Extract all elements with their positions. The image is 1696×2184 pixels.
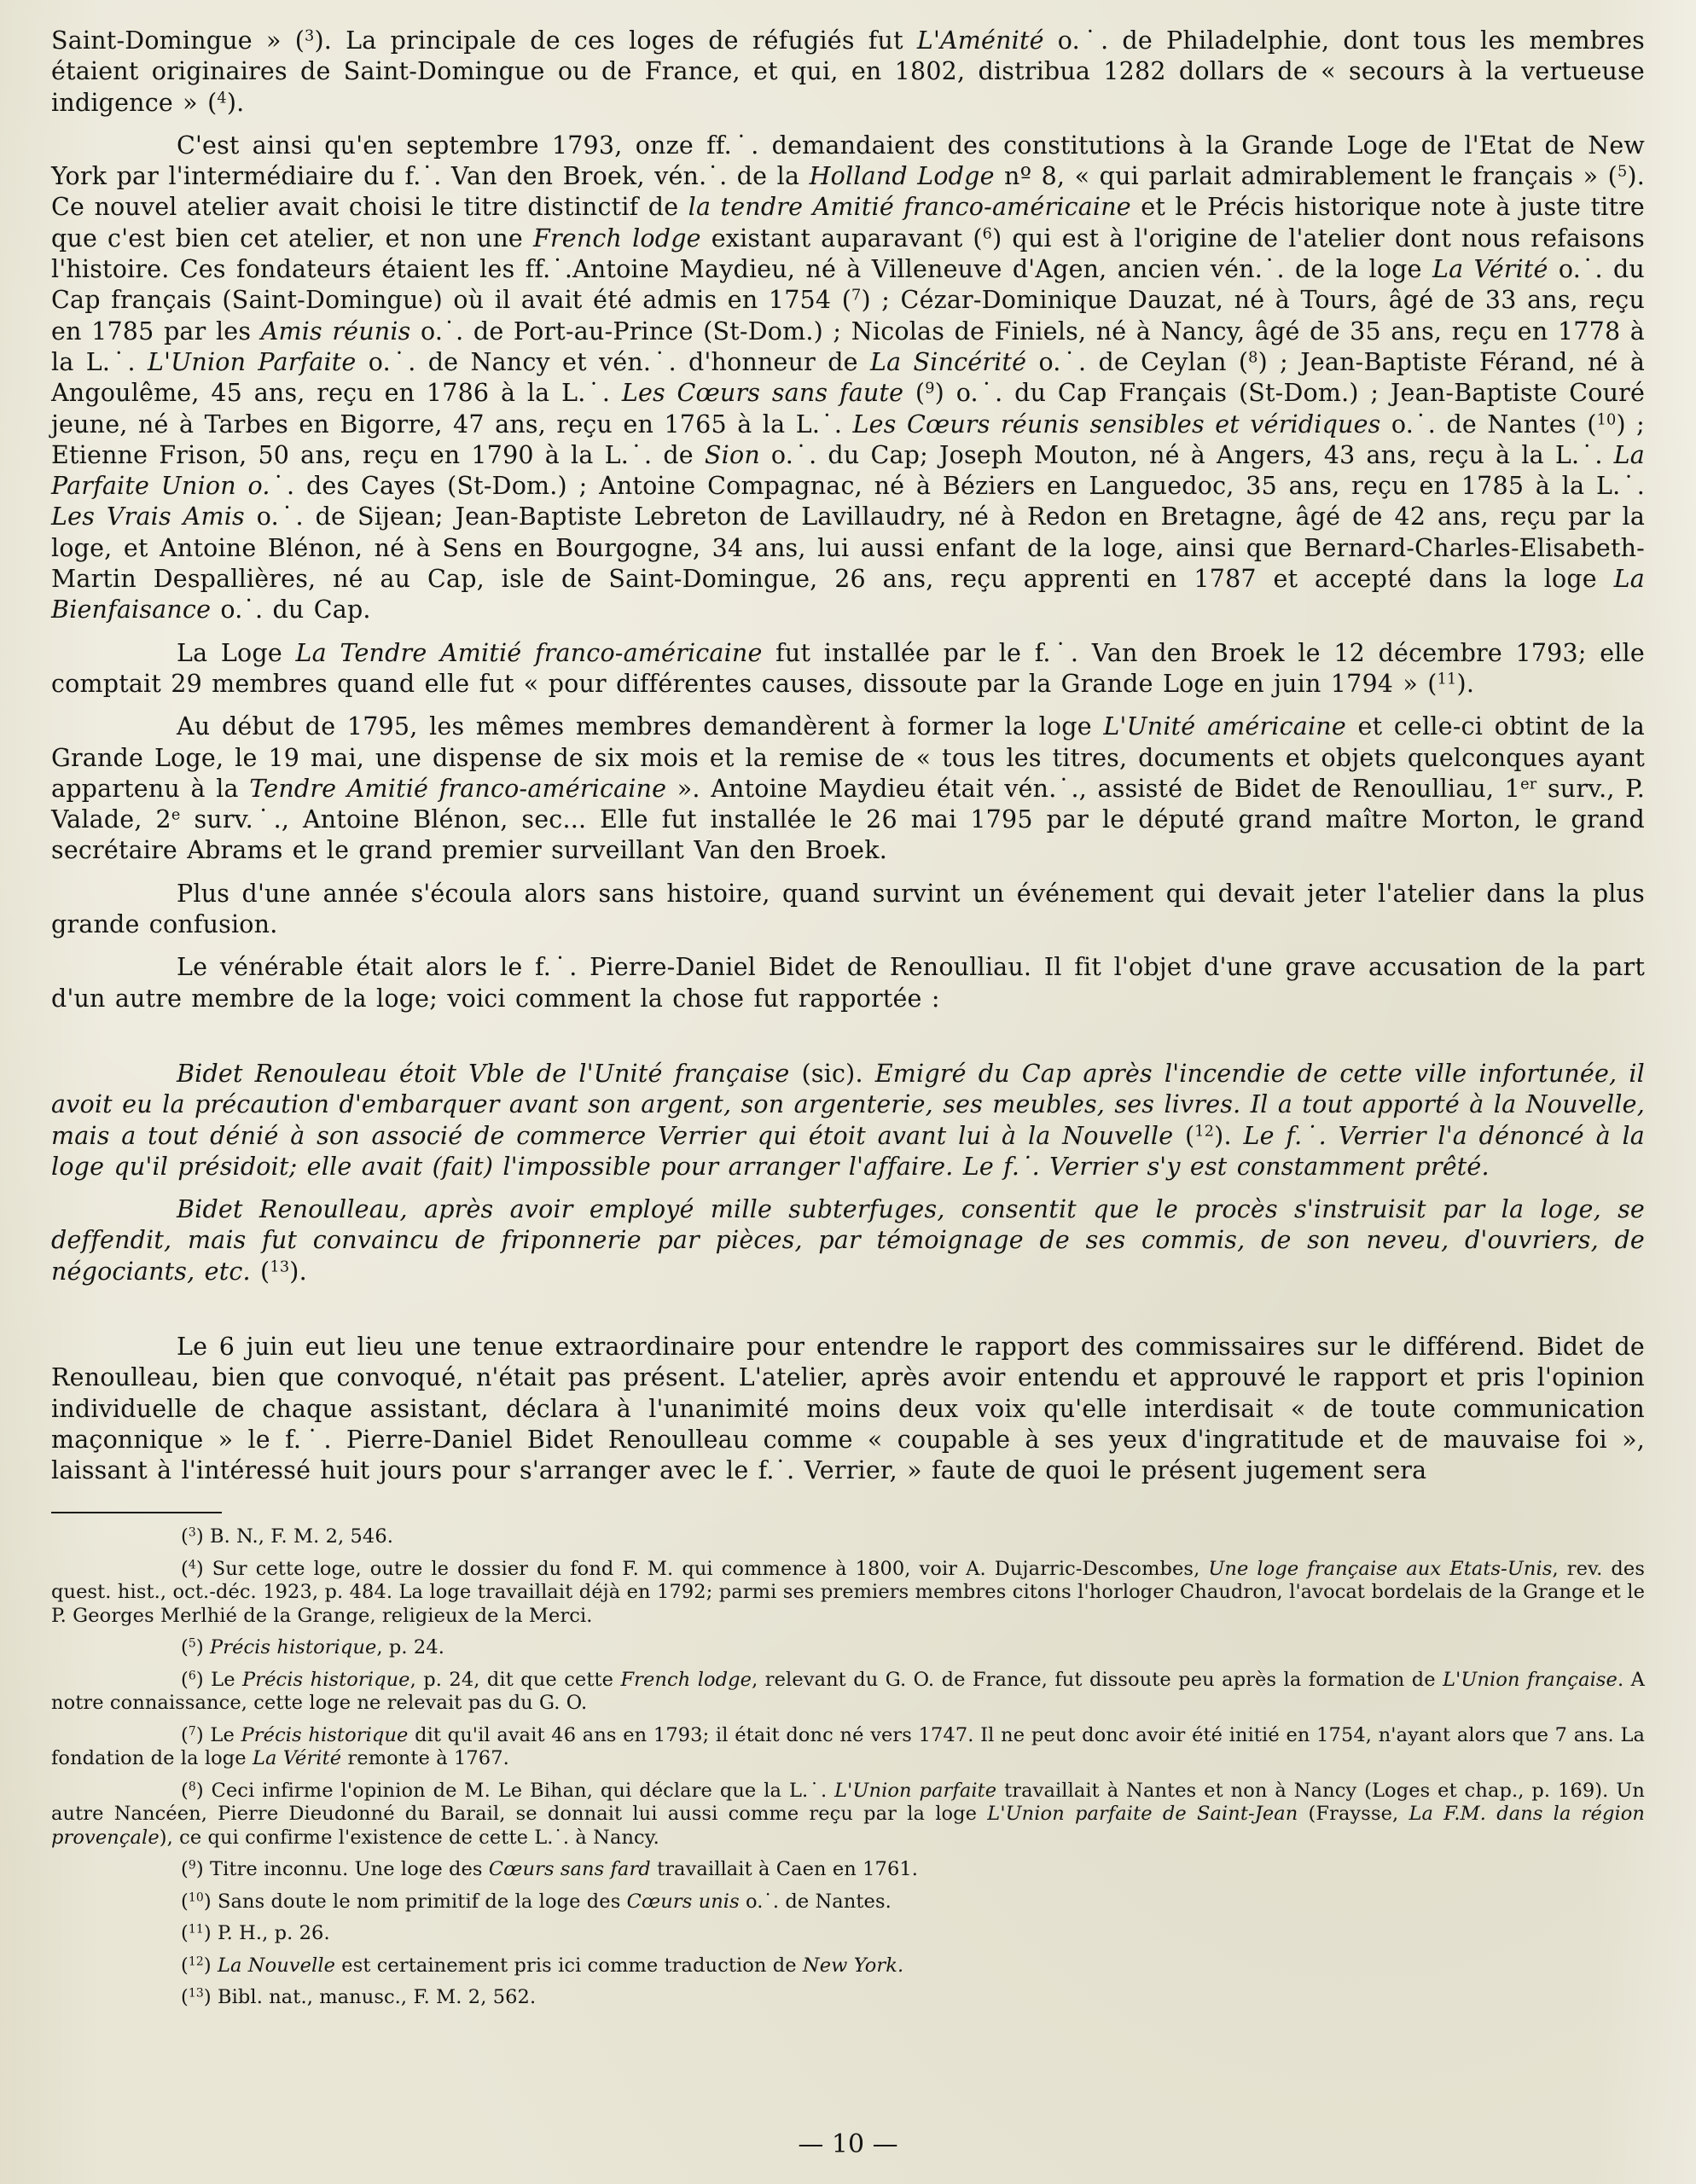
paragraph-confusion: Plus d'une année s'écoula alors sans his… (51, 879, 1645, 941)
footnote-number: (7) (181, 1724, 210, 1746)
footnote-number: (12) (181, 1955, 218, 1977)
footnote-6: (6) Le Précis historique, p. 24, dit que… (51, 1669, 1645, 1716)
body-text: Saint-Domingue » (3). La principale de c… (51, 26, 1645, 1486)
footnote-13: (13) Bibl. nat., manusc., F. M. 2, 562. (51, 1986, 1645, 2010)
footnote-number: (9) (181, 1858, 210, 1880)
paragraph-continuation: Saint-Domingue » (3). La principale de c… (51, 26, 1645, 119)
footnote-11: (11) P. H., p. 26. (51, 1922, 1645, 1946)
footnote-7: (7) Le Précis historique dit qu'il avait… (51, 1724, 1645, 1771)
footnote-separator (51, 1512, 222, 1513)
footnote-number: (8) (181, 1780, 212, 1802)
paragraph-installation: La Loge La Tendre Amitié franco-américai… (51, 638, 1645, 700)
footnote-3: (3) B. N., F. M. 2, 546. (51, 1525, 1645, 1549)
footnote-number: (11) (181, 1922, 218, 1944)
quoted-report: Bidet Renouleau étoit Vble de l'Unité fr… (51, 1059, 1645, 1287)
footnote-5: (5) Précis historique, p. 24. (51, 1636, 1645, 1660)
footnote-4: (4) Sur cette loge, outre le dossier du … (51, 1558, 1645, 1629)
quote-paragraph-1: Bidet Renouleau étoit Vble de l'Unité fr… (51, 1059, 1645, 1182)
quote-paragraph-2: Bidet Renoulleau, après avoir employé mi… (51, 1194, 1645, 1287)
footnote-12: (12) La Nouvelle est certainement pris i… (51, 1955, 1645, 1978)
document-page: Saint-Domingue » (3). La principale de c… (51, 26, 1645, 2018)
footnote-8: (8) Ceci infirme l'opinion de M. Le Biha… (51, 1780, 1645, 1850)
footnote-number: (10) (181, 1891, 218, 1913)
footnote-number: (6) (181, 1669, 211, 1691)
paragraph-unite-americaine: Au début de 1795, les mêmes membres dema… (51, 712, 1645, 866)
footnote-9: (9) Titre inconnu. Une loge des Cœurs sa… (51, 1858, 1645, 1882)
paragraph-accusation: Le vénérable était alors le f.˙. Pierre-… (51, 952, 1645, 1014)
footnote-10: (10) Sans doute le nom primitif de la lo… (51, 1891, 1645, 1914)
page-number: — 10 — (0, 2129, 1696, 2159)
paragraph-founders: C'est ainsi qu'en septembre 1793, onze f… (51, 131, 1645, 626)
footnote-number: (4) (181, 1558, 212, 1580)
paragraph-judgement: Le 6 juin eut lieu une tenue extraordina… (51, 1332, 1645, 1486)
footnote-number: (13) (181, 1986, 218, 2008)
footnote-number: (3) (181, 1525, 210, 1548)
footnotes: (3) B. N., F. M. 2, 546.(4) Sur cette lo… (51, 1525, 1645, 2010)
footnote-number: (5) (181, 1636, 210, 1658)
